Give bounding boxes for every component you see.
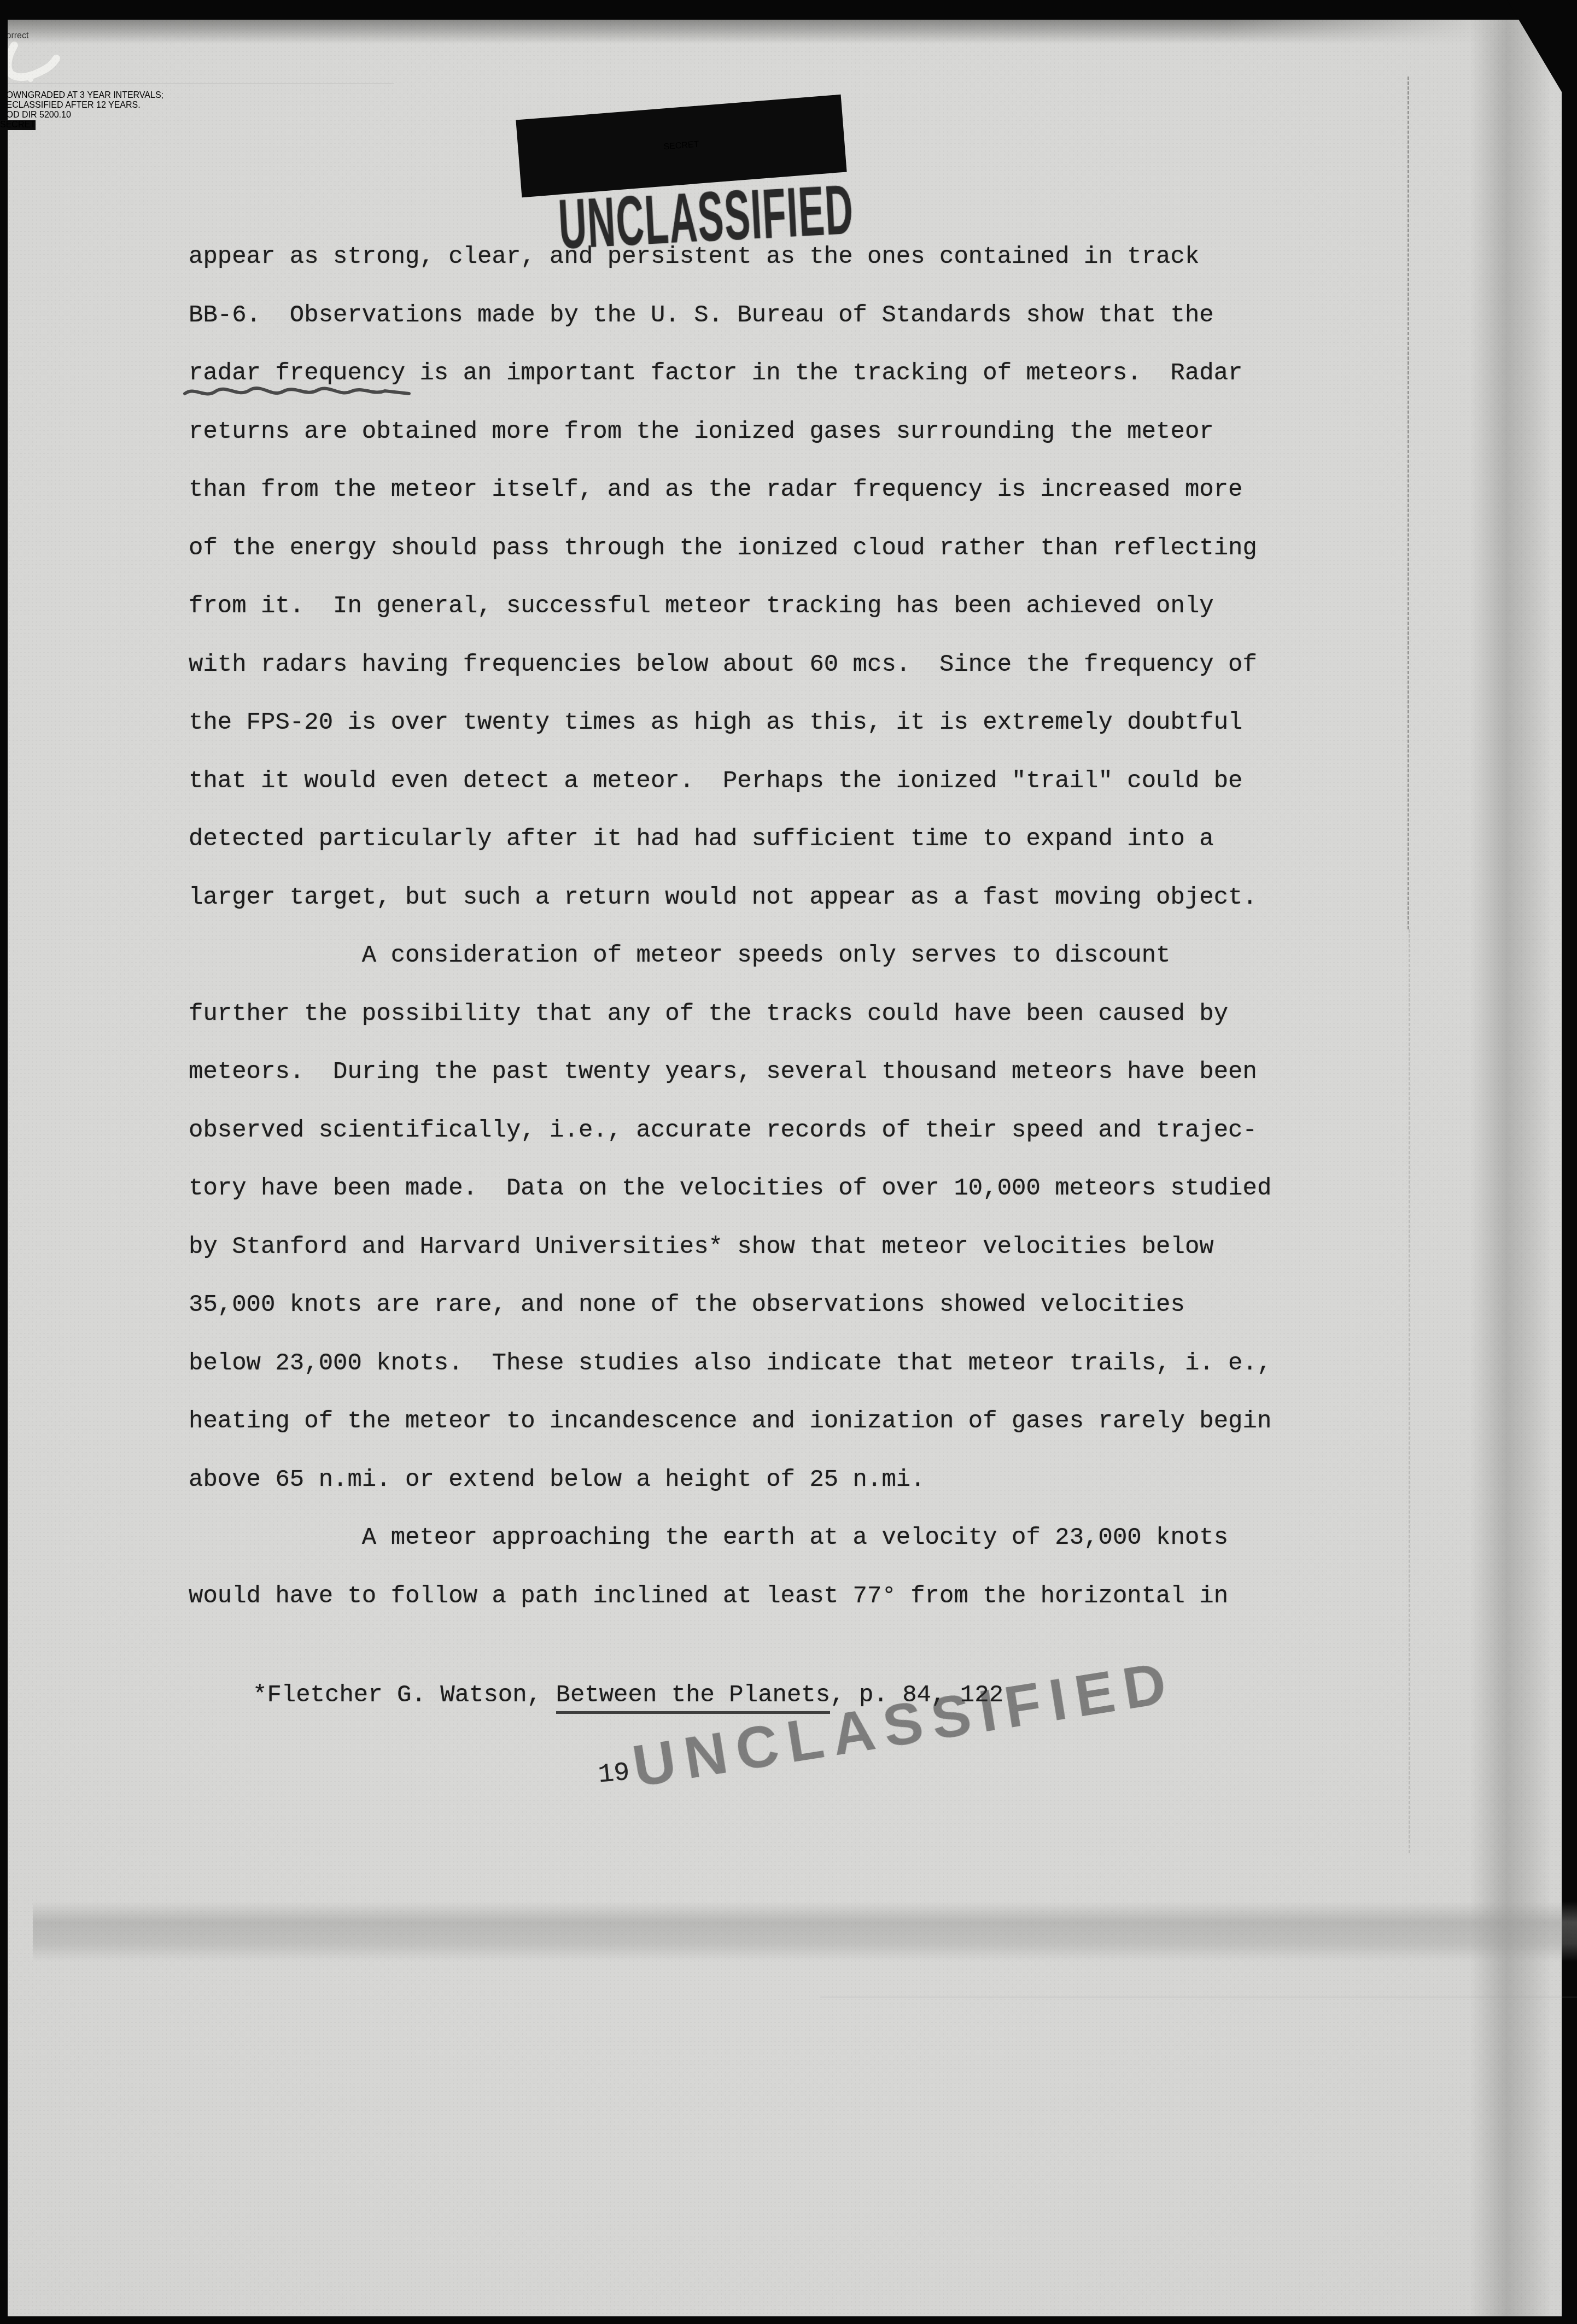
body-line: larger target, but such a return would n… <box>189 884 1257 911</box>
footnote-prefix: *Fletcher G. Watson, <box>253 1682 556 1709</box>
body-line: observed scientifically, i.e., accurate … <box>189 1117 1257 1144</box>
redacted-secret-stamp-bottom: SECRET <box>0 120 36 130</box>
body-line: above 65 n.mi. or extend below a height … <box>189 1466 925 1494</box>
body-line: heating of the meteor to incandescence a… <box>189 1408 1271 1435</box>
secret-stamp-text: SECRET <box>0 120 36 130</box>
body-line: the FPS-20 is over twenty times as high … <box>189 709 1243 736</box>
body-line: A meteor approaching the earth at a velo… <box>189 1524 1228 1552</box>
smudge-dot <box>0 182 2 184</box>
body-line: meteors. During the past twenty years, s… <box>189 1058 1257 1086</box>
body-line: that it would even detect a meteor. Perh… <box>189 768 1243 795</box>
body-line: returns are obtained more from the ioniz… <box>189 418 1214 446</box>
typewritten-body: appear as strong, clear, and persistent … <box>0 0 1577 2324</box>
body-line: BB-6. Observations made by the U. S. Bur… <box>189 302 1214 329</box>
body-line: from it. In general, successful meteor t… <box>189 593 1214 620</box>
body-line: of the energy should pass through the io… <box>189 535 1257 562</box>
body-line: below 23,000 knots. These studies also i… <box>189 1350 1271 1377</box>
body-line: with radars having frequencies below abo… <box>189 651 1257 678</box>
body-line: A consideration of meteor speeds only se… <box>189 942 1171 969</box>
body-line: detected particularly after it had had s… <box>189 826 1214 853</box>
body-line: tory have been made. Data on the velocit… <box>189 1175 1271 1202</box>
body-line: 35,000 knots are rare, and none of the o… <box>189 1291 1185 1319</box>
body-line: appear as strong, clear, and persistent … <box>189 243 1199 271</box>
scanned-document-page: SECRET UNCLASSIFIED appear as strong, cl… <box>0 0 1577 2324</box>
wavy-underline-radar-frequency <box>183 383 418 402</box>
body-line: would have to follow a path inclined at … <box>189 1583 1228 1610</box>
page-number: 19 <box>597 1758 631 1790</box>
body-line: further the possibility that any of the … <box>189 1000 1228 1028</box>
body-line: by Stanford and Harvard Universities* sh… <box>189 1233 1214 1261</box>
body-line: than from the meteor itself, and as the … <box>189 476 1243 504</box>
